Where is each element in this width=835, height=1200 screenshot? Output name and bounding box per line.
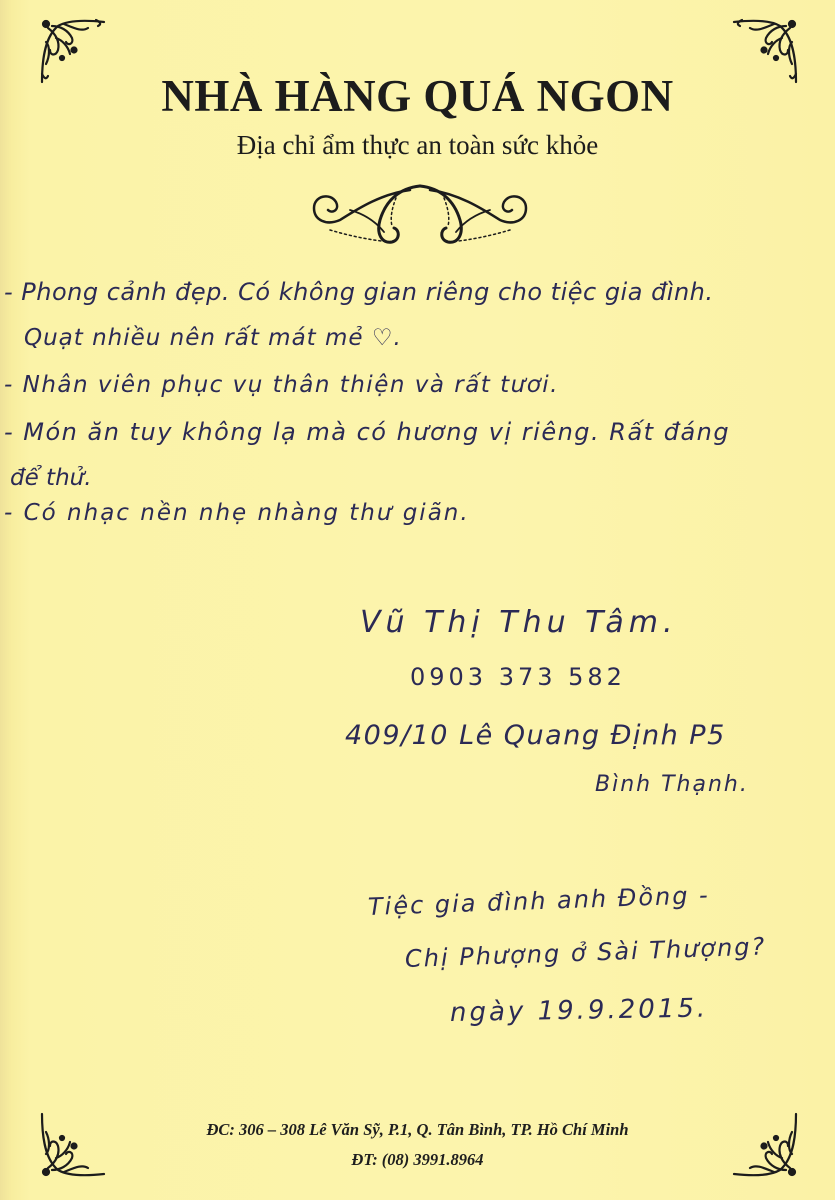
restaurant-tagline: Địa chỉ ẩm thực an toàn sức khỏe: [0, 130, 835, 161]
review-line: - Có nhạc nền nhẹ nhàng thư giãn.: [4, 500, 470, 526]
center-flourish-icon: [300, 180, 540, 250]
signer-name: Vũ Thị Thu Tâm.: [360, 605, 678, 640]
note-line: Chị Phượng ở Sài Thượng?: [405, 932, 767, 973]
review-line: - Món ăn tuy không lạ mà có hương vị riê…: [4, 418, 730, 446]
note-line: Tiệc gia đình anh Đồng -: [368, 881, 711, 921]
restaurant-address: ĐC: 306 – 308 Lê Văn Sỹ, P.1, Q. Tân Bìn…: [0, 1120, 835, 1140]
signer-address-line1: 409/10 Lê Quang Định P5: [345, 720, 726, 751]
restaurant-phone: ĐT: (08) 3991.8964: [0, 1150, 835, 1170]
signer-phone: 0903 373 582: [410, 663, 626, 691]
review-line: Quạt nhiều nên rất mát mẻ ♡.: [24, 325, 402, 351]
review-line: - Phong cảnh đẹp. Có không gian riêng ch…: [4, 278, 714, 306]
note-date: ngày 19.9.2015.: [450, 993, 709, 1028]
signer-address-line2: Bình Thạnh.: [595, 772, 749, 797]
review-line: để thử.: [10, 465, 92, 491]
guestbook-page: NHÀ HÀNG QUÁ NGON Địa chỉ ẩm thực an toà…: [0, 0, 835, 1200]
review-line: - Nhân viên phục vụ thân thiện và rất tư…: [4, 372, 559, 398]
restaurant-title: NHÀ HÀNG QUÁ NGON: [0, 70, 835, 122]
